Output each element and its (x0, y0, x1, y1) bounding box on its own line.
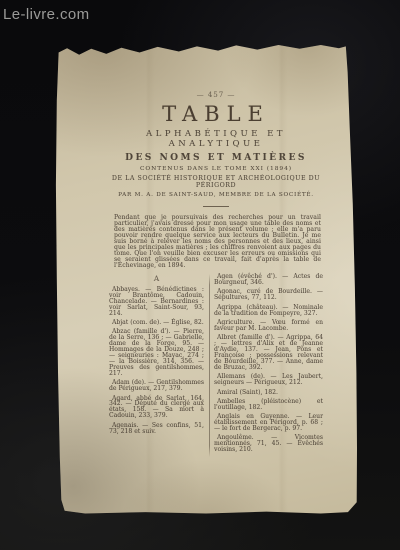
index-entry: Abzac (famille d'). — Pierre, de la Serr… (109, 329, 204, 376)
index-two-columns: A Abbayes. — Bénédictines : voir Brantôm… (109, 274, 323, 457)
title-subtitle-3: CONTENUS DANS LE TOME XXI (1894) (109, 166, 323, 172)
index-entry: Agriculture. — Vœu formé en faveur par M… (214, 320, 323, 332)
index-entry: Agonac, curé de Bourdeille. — Sépultures… (214, 289, 323, 301)
section-letter-A: A (109, 274, 204, 283)
title-subtitle-2: DES NOMS ET MATIÈRES (109, 153, 323, 163)
index-entry: Amiral (Saint), 182. (214, 390, 323, 396)
index-entry: Abbayes. — Bénédictines : voir Brantôme,… (109, 287, 204, 317)
page-title: TABLE (109, 102, 323, 126)
index-entry: Angoulême. — Vicomtes mentionnés, 71, 45… (214, 435, 323, 453)
ornamental-rule (203, 206, 229, 207)
index-entry: Ambelles (pléistocène) et l'outillage, 1… (214, 399, 323, 411)
bookseller-watermark: Le-livre.com (3, 6, 90, 23)
index-entry: Adam (de). — Gentilshommes de Périgueux,… (109, 380, 204, 392)
index-entry: Agenais. — Ses confins, 51, 73, 218 et s… (109, 423, 204, 435)
printed-page-content: — 457 — TABLE ALPHABÉTIQUE ET ANALYTIQUE… (109, 44, 323, 457)
index-entry: Abjat (com. de). — Église, 82. (109, 320, 204, 326)
page-number: — 457 — (109, 91, 323, 99)
title-subtitle-1: ALPHABÉTIQUE ET ANALYTIQUE (109, 129, 323, 149)
column-divider-rule (209, 274, 210, 457)
byline: PAR M. A. DE SAINT-SAUD, MEMBRE DE LA SO… (109, 192, 323, 198)
introduction-paragraph: Pendant que je poursuivais des recherche… (114, 215, 321, 269)
index-entry: Allemans (de). — Les Jaubert, seigneurs … (214, 374, 323, 386)
index-entry: Agen (évêché d'). — Actes de Bourgneuf, … (214, 274, 323, 286)
title-subtitle-4: DE LA SOCIÉTÉ HISTORIQUE ET ARCHÉOLOGIQU… (109, 175, 323, 189)
index-entry: Albret (famille d'). — Agrippa, 64 ; — l… (214, 335, 323, 370)
index-entry: Agrippa (château). — Nominale de la trad… (214, 305, 323, 317)
index-column-right: Agen (évêché d'). — Actes de Bourgneuf, … (214, 274, 323, 457)
index-entry: Agard, abbé de Sarlat, 164, 342. — Déput… (109, 396, 204, 420)
old-book-page: — 457 — TABLE ALPHABÉTIQUE ET ANALYTIQUE… (55, 44, 357, 514)
index-column-left: A Abbayes. — Bénédictines : voir Brantôm… (109, 274, 204, 457)
index-entry: Anglais en Guyenne. — Leur établissement… (214, 414, 323, 432)
photo-black-background: { "watermark": "Le-livre.com", "colors":… (0, 0, 400, 550)
